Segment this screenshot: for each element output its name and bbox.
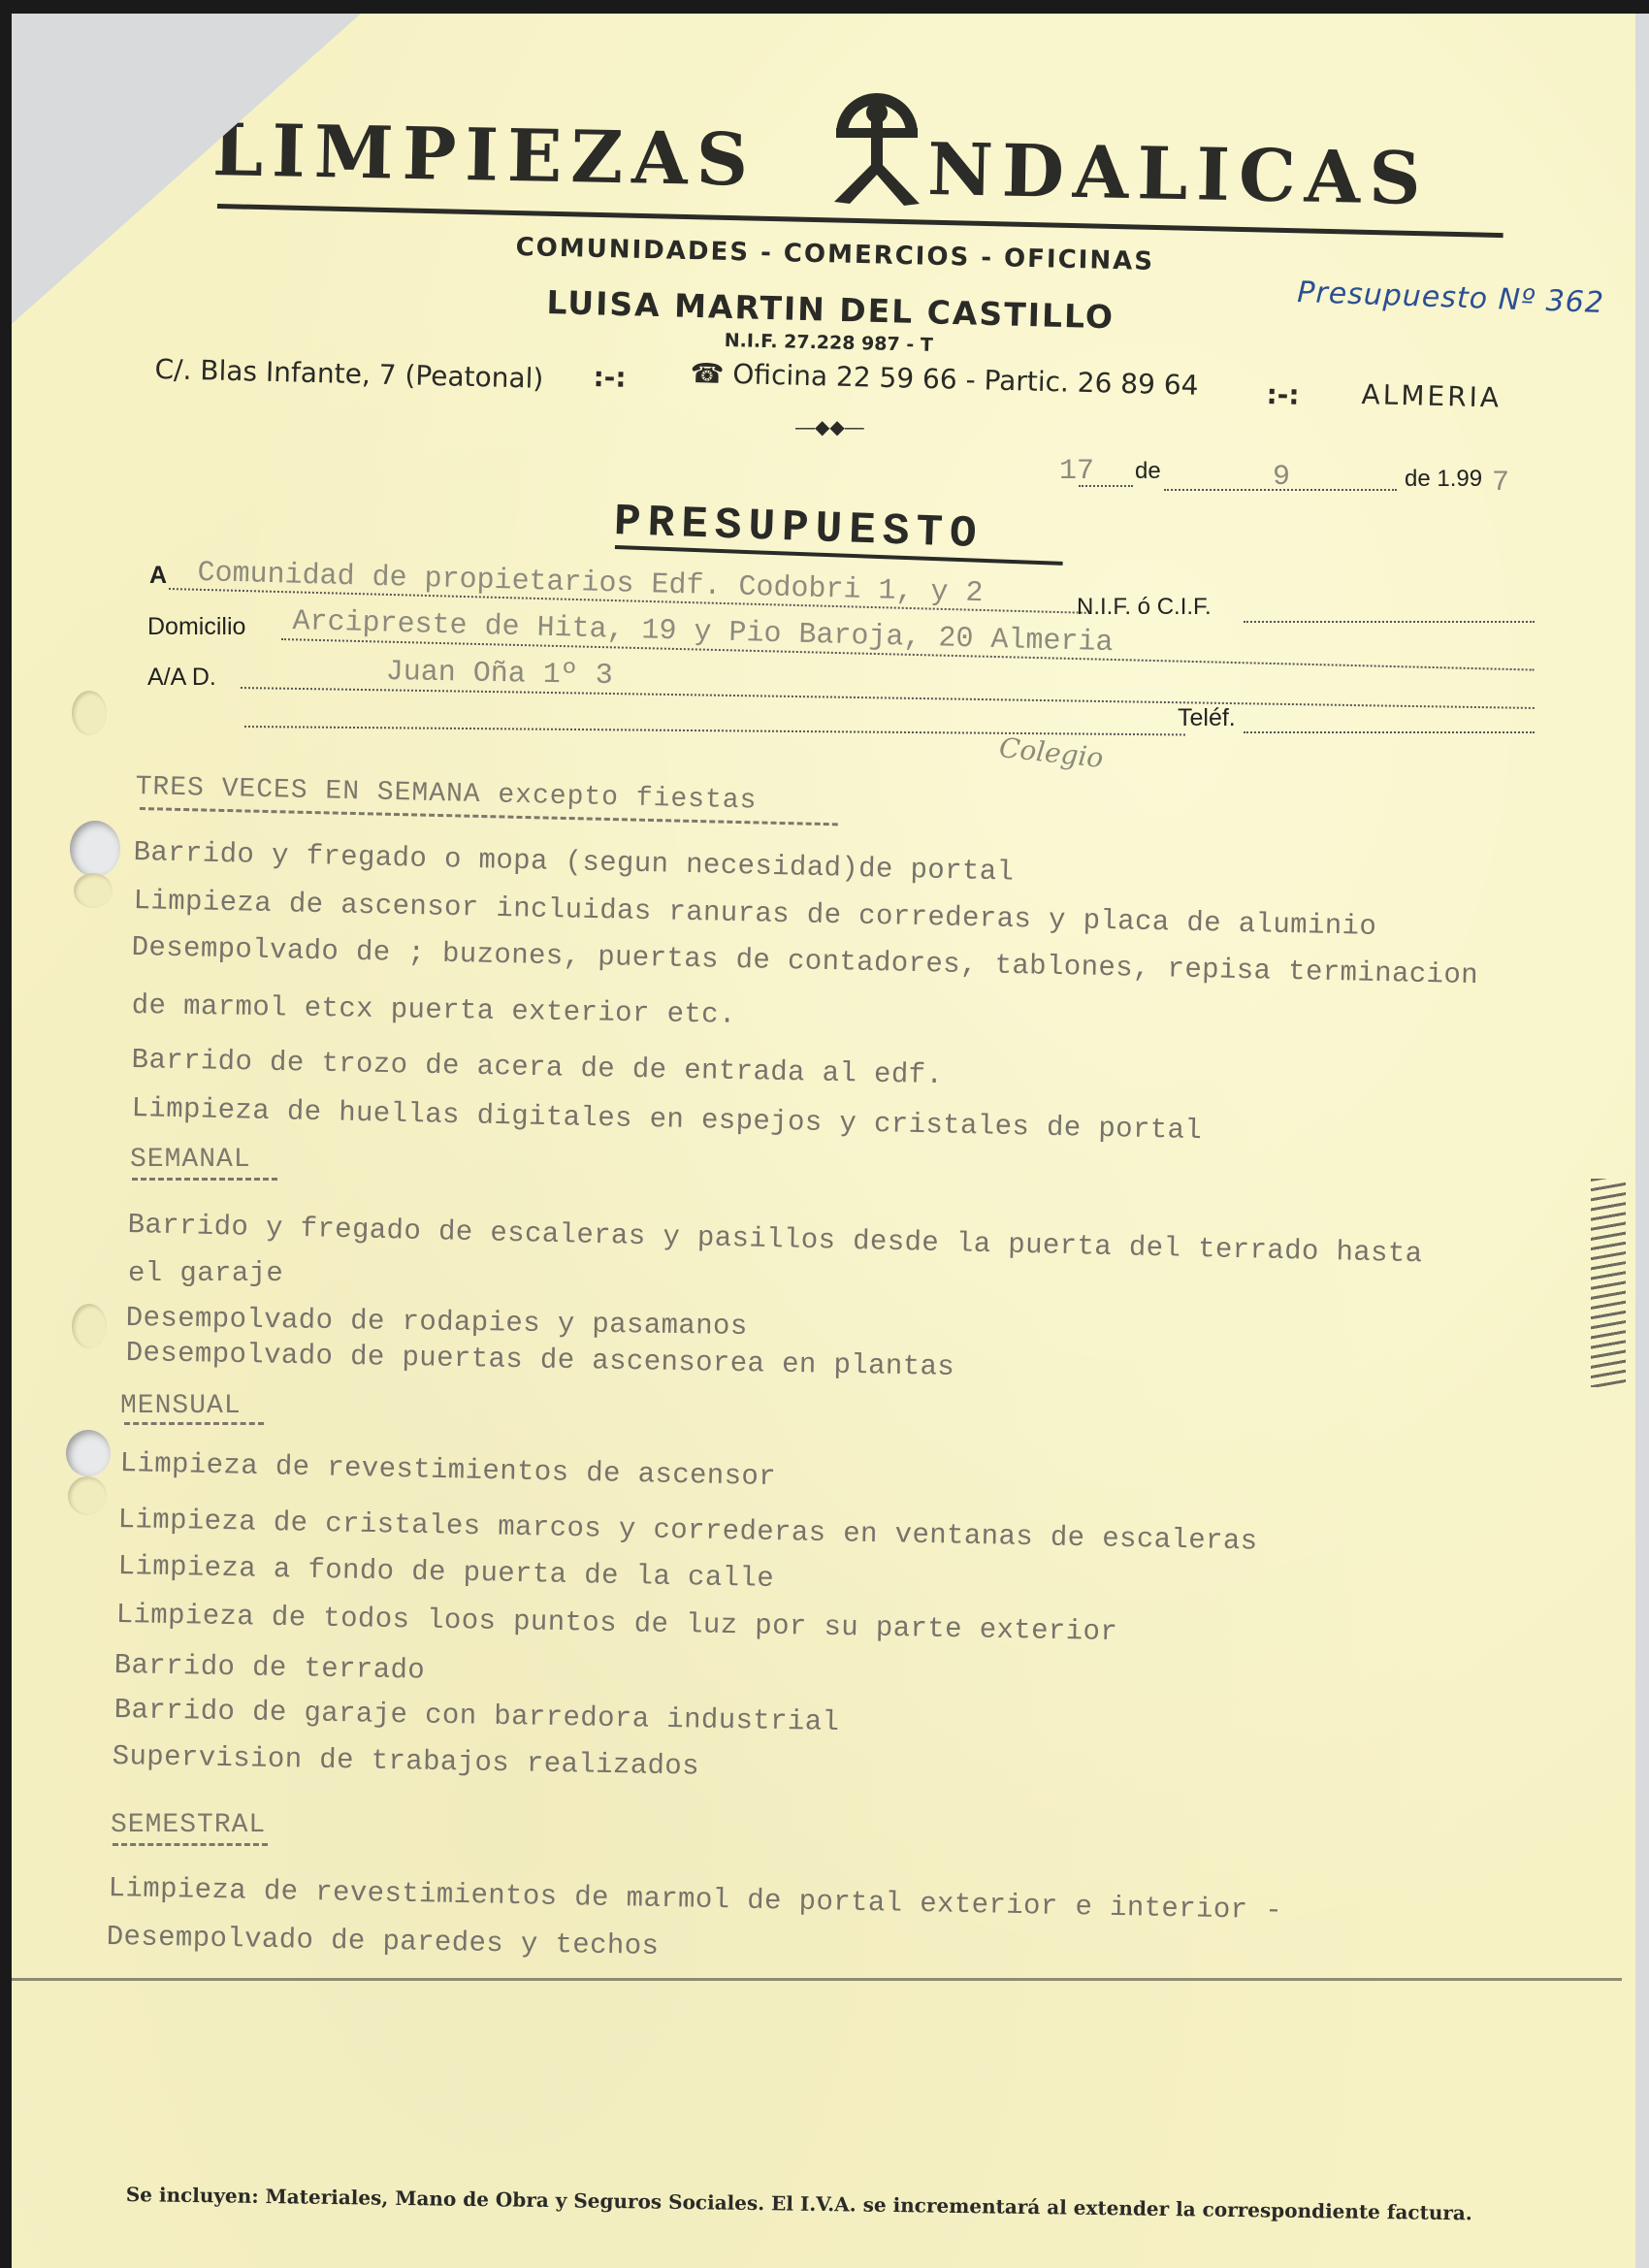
document-page: LIMPIEZAS NDALICAS COMUNIDADES - COMERCI… <box>12 14 1635 2268</box>
section-heading-biannual: SEMESTRAL <box>111 1810 266 1840</box>
phone-label: Teléf. <box>1178 704 1236 732</box>
task-item: Barrido de trozo de acera de de entrada … <box>131 1044 943 1091</box>
task-item: Desempolvado de paredes y techos <box>106 1921 659 1962</box>
recipient-label: A <box>149 562 167 590</box>
phone-field[interactable] <box>1244 731 1535 733</box>
section-heading-monthly: MENSUAL <box>120 1391 242 1421</box>
task-item: Limpieza de cristales marcos y corredera… <box>117 1504 1257 1558</box>
date-year-label: de 1.99 <box>1405 466 1482 493</box>
address-label: Domicilio <box>147 613 245 641</box>
task-item: Supervision de trabajos realizados <box>112 1740 699 1783</box>
date-year-digit: 7 <box>1492 467 1509 500</box>
tagline: COMUNIDADES - COMERCIOS - OFICINAS <box>515 233 1154 276</box>
footer-note: Se incluyen: Materiales, Mano de Obra y … <box>126 2183 1472 2224</box>
brand-name-right: NDALICAS <box>926 128 1430 221</box>
handwritten-budget-number: Presupuesto Nº 362 <box>1297 275 1605 320</box>
pencil-scribble <box>1591 1179 1626 1387</box>
task-item: de marmol etcx puerta exterior etc. <box>131 989 736 1031</box>
date-day: 17 <box>1059 455 1094 488</box>
extra-line <box>244 726 1185 735</box>
task-item: Barrido de garaje con barredora industri… <box>113 1694 839 1738</box>
section-underline <box>132 1178 277 1181</box>
task-item: Desempolvado de puertas de ascensorea en… <box>125 1337 954 1383</box>
ornament-divider: —◆◆— <box>795 415 864 439</box>
section-underline <box>113 1843 268 1846</box>
attention-line <box>241 687 1535 709</box>
pencil-note: Colegio <box>998 731 1105 774</box>
task-item: Barrido de terrado <box>113 1649 425 1687</box>
nif-cif-label: N.I.F. ó C.I.F. <box>1077 594 1212 621</box>
punch-hole <box>68 1476 107 1515</box>
paper-fold <box>12 1978 1622 1981</box>
address-field[interactable]: Arcipreste de Hita, 19 y Pio Baroja, 20 … <box>292 605 1114 660</box>
nif-cif-field[interactable] <box>1244 621 1535 623</box>
phone-numbers: Oficina 22 59 66 - Partic. 26 89 64 <box>732 358 1199 402</box>
telephone-icon: ☎ <box>690 357 725 390</box>
city: ALMERIA <box>1361 378 1502 414</box>
separator: :-: <box>1266 378 1300 411</box>
task-item: Barrido y fregado o mopa (segun necesida… <box>133 836 1014 889</box>
attention-label: A/A D. <box>147 664 216 692</box>
task-item: el garaje <box>128 1257 283 1289</box>
date-de-label: de <box>1135 458 1161 485</box>
indalo-figure-icon <box>828 83 925 210</box>
punch-hole <box>72 691 107 735</box>
task-item: Limpieza a fondo de puerta de la calle <box>117 1550 774 1595</box>
street-address: C/. Blas Infante, 7 (Peatonal) <box>154 353 544 395</box>
date-month: 9 <box>1273 461 1290 494</box>
recipient-field[interactable]: Comunidad de propietarios Edf. Codobri 1… <box>197 557 984 610</box>
task-item: Limpieza de todos loos puntos de luz por… <box>115 1599 1117 1648</box>
separator: :-: <box>593 361 627 394</box>
task-item: Limpieza de revestimientos de marmol de … <box>108 1872 1282 1927</box>
section-heading-weekly: SEMANAL <box>130 1145 251 1175</box>
date-day-line <box>1079 485 1133 487</box>
brand-name-left: LIMPIEZAS <box>211 109 758 203</box>
task-item: Desempolvado de rodapies y pasamanos <box>126 1302 748 1343</box>
owner-name: LUISA MARTIN DEL CASTILLO <box>546 283 1115 336</box>
punch-hole <box>72 1304 107 1348</box>
task-item: Limpieza de revestimientos de ascensor <box>119 1447 776 1493</box>
attention-field[interactable]: Juan Oña 1º 3 <box>385 656 613 693</box>
task-item: Barrido y fregado de escaleras y pasillo… <box>127 1209 1423 1270</box>
torn-punch-hole <box>66 1430 111 1476</box>
task-item: Limpieza de huellas digitales en espejos… <box>131 1092 1202 1147</box>
phone-block: ☎ Oficina 22 59 66 - Partic. 26 89 64 <box>690 357 1199 402</box>
company-nif: N.I.F. 27.228 987 - T <box>725 330 934 356</box>
task-item: Limpieza de ascensor incluidas ranuras d… <box>133 885 1376 943</box>
torn-punch-hole <box>70 821 120 877</box>
section-underline <box>124 1422 264 1425</box>
punch-hole <box>74 873 113 908</box>
